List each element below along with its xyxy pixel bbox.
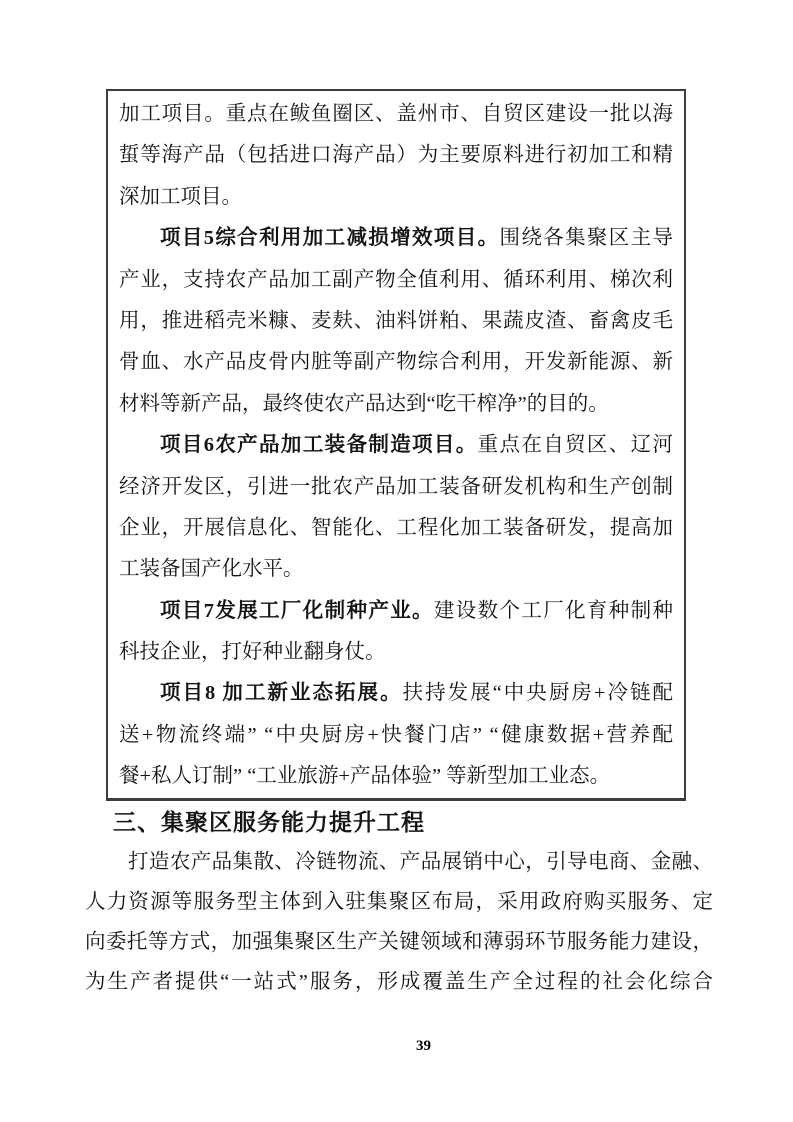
box-text-line: 餐+私人订制” “工业旅游+产品体验” 等新型加工业态。 [119,756,673,797]
box-text: 加工项目。重点在鲅鱼圈区、盖州市、自贸区建设一批以海蜇等海产品（包括进口海产品）… [119,94,673,798]
body-text-line: 为生产者提供“一站式”服务，形成覆盖生产全过程的社会化综合 [85,962,713,1002]
box-text-line: 骨血、水产品皮骨内脏等副产物综合利用，开发新能源、新 [119,342,673,383]
body-text: 扶持发展“中央厨房+冷链配 [403,682,673,704]
box-text-line: 项目8 加工新业态拓展。扶持发展“中央厨房+冷链配 [119,673,673,714]
box-text-line: 项目5综合利用加工减损增效项目。围绕各集聚区主导 [119,218,673,259]
body-text: 蜇等海产品（包括进口海产品）为主要原料进行初加工和精 [119,144,673,166]
section-heading: 三、集聚区服务能力提升工程 [85,806,713,838]
body-text: 科技企业，打好种业翻身仗。 [119,641,386,663]
body-text: 经济开发区，引进一批农产品加工装备研发机构和生产创制 [119,476,673,498]
page-number: 39 [416,1038,431,1055]
box-text-line: 加工项目。重点在鲅鱼圈区、盖州市、自贸区建设一批以海 [119,94,673,135]
box-text-line: 工装备国产化水平。 [119,549,673,590]
box-text-line: 科技企业，打好种业翻身仗。 [119,632,673,673]
project-title-text: 项目5综合利用加工减损增效项目。 [160,227,500,249]
body-text: 工装备国产化水平。 [119,558,304,580]
project-title-text: 项目6农产品加工装备制造项目。 [160,434,478,456]
project-title-text: 项目7发展工厂化制种产业。 [160,600,434,622]
box-text-line: 企业，开展信息化、智能化、工程化加工装备研发，提高加 [119,508,673,549]
project-title-text: 项目8 加工新业态拓展。 [160,682,403,704]
project-box: 加工项目。重点在鲅鱼圈区、盖州市、自贸区建设一批以海蜇等海产品（包括进口海产品）… [106,89,686,801]
body-text: 重点在自贸区、辽河 [478,434,673,456]
body-text: 用，推进稻壳米糠、麦麸、油料饼粕、果蔬皮渣、畜禽皮毛 [119,310,673,332]
body-text: 深加工项目。 [119,186,242,208]
body-text-line: 人力资源等服务型主体到入驻集聚区布局，采用政府购买服务、定 [85,882,713,922]
box-text-line: 产业，支持农产品加工副产物全值利用、循环利用、梯次利 [119,260,673,301]
body-text: 材料等新产品，最终使农产品达到“吃干榨净”的目的。 [119,393,609,415]
box-text-line: 深加工项目。 [119,177,673,218]
body-text: 企业，开展信息化、智能化、工程化加工装备研发，提高加 [119,517,673,539]
section-paragraph: 打造农产品集散、冷链物流、产品展销中心，引导电商、金融、人力资源等服务型主体到入… [85,842,713,1002]
document-page: 加工项目。重点在鲅鱼圈区、盖州市、自贸区建设一批以海蜇等海产品（包括进口海产品）… [0,0,793,1122]
box-text-line: 项目6农产品加工装备制造项目。重点在自贸区、辽河 [119,425,673,466]
body-text: 围绕各集聚区主导 [500,227,674,249]
body-text-line: 打造农产品集散、冷链物流、产品展销中心，引导电商、金融、 [85,842,713,882]
box-text-line: 材料等新产品，最终使农产品达到“吃干榨净”的目的。 [119,384,673,425]
body-text: 建设数个工厂化育种制种 [434,600,673,622]
body-text: 加工项目。重点在鲅鱼圈区、盖州市、自贸区建设一批以海 [119,103,673,125]
body-text: 骨血、水产品皮骨内脏等副产物综合利用，开发新能源、新 [119,351,673,373]
box-text-line: 蜇等海产品（包括进口海产品）为主要原料进行初加工和精 [119,135,673,176]
box-text-line: 经济开发区，引进一批农产品加工装备研发机构和生产创制 [119,467,673,508]
box-text-line: 用，推进稻壳米糠、麦麸、油料饼粕、果蔬皮渣、畜禽皮毛 [119,301,673,342]
body-text: 餐+私人订制” “工业旅游+产品体验” 等新型加工业态。 [119,765,610,787]
body-text: 产业，支持农产品加工副产物全值利用、循环利用、梯次利 [119,269,673,291]
body-text-line: 向委托等方式，加强集聚区生产关键领域和薄弱环节服务能力建设， [85,922,713,962]
body-text: 送+物流终端” “中央厨房+快餐门店” “健康数据+营养配 [119,724,673,746]
box-text-line: 送+物流终端” “中央厨房+快餐门店” “健康数据+营养配 [119,715,673,756]
box-text-line: 项目7发展工厂化制种产业。建设数个工厂化育种制种 [119,591,673,632]
